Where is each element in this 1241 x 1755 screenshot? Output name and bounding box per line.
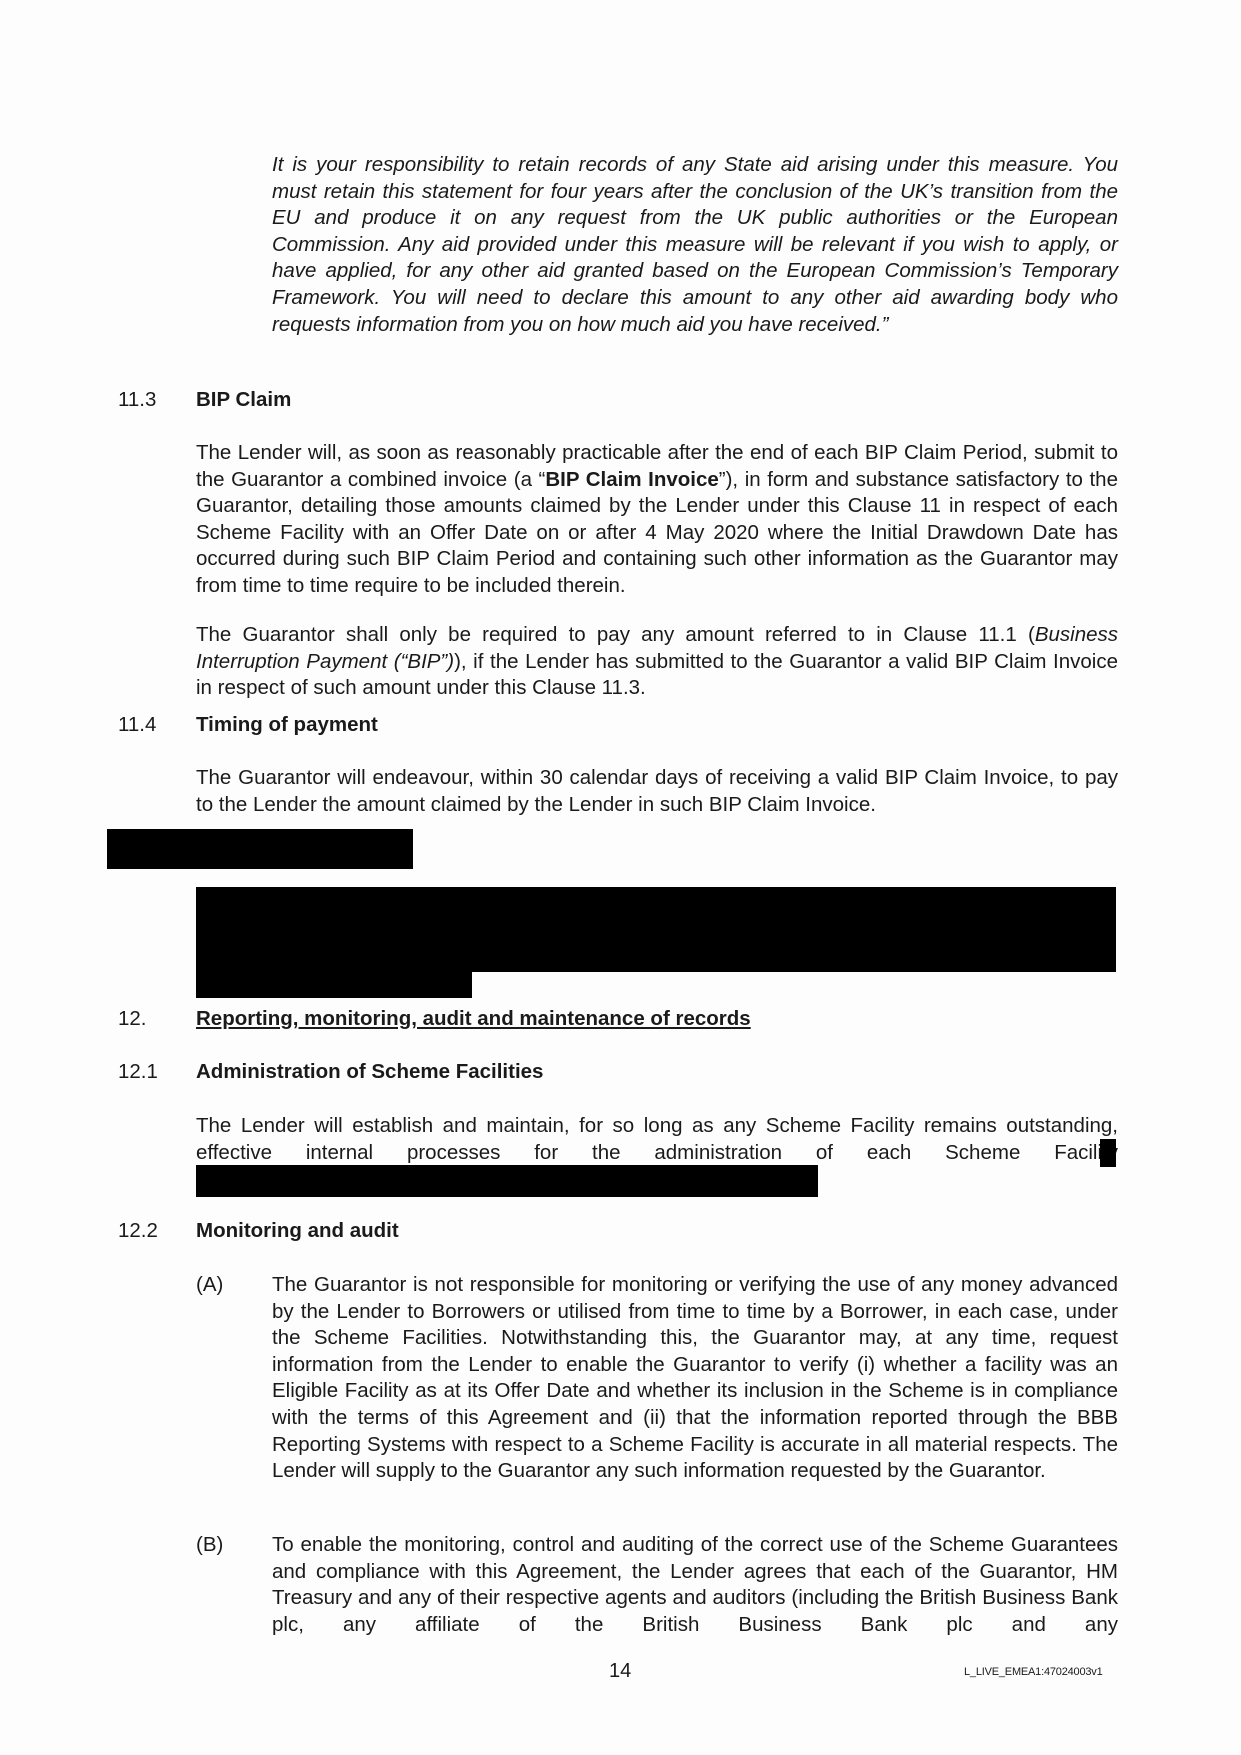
clause-12-1-paragraph: The Lender will establish and maintain, … [196,1113,1118,1166]
clause-11-3-heading: BIP Claim [196,387,291,413]
clause-11-4-heading: Timing of payment [196,712,378,738]
item-b-label: (B) [196,1532,223,1559]
item-a-label: (A) [196,1272,223,1299]
page-number: 14 [609,1660,631,1683]
defined-term: BIP Claim Invoice [545,468,718,491]
state-aid-quote: It is your responsibility to retain reco… [272,152,1118,338]
clause-11-3-paragraph-1: The Lender will, as soon as reasonably p… [196,440,1118,600]
clause-11-4-paragraph: The Guarantor will endeavour, within 30 … [196,765,1118,818]
clause-12-heading: Reporting, monitoring, audit and mainten… [196,1006,751,1032]
clause-12-number: 12. [118,1006,147,1032]
text-run: The Guarantor shall only be required to … [196,623,1035,646]
item-a-text: The Guarantor is not responsible for mon… [272,1272,1118,1485]
clause-11-4-number: 11.4 [118,712,156,738]
clause-12-2-number: 12.2 [118,1218,158,1244]
document-reference: L_LIVE_EMEA1:47024003v1 [964,1666,1103,1678]
clause-12-2-heading: Monitoring and audit [196,1218,399,1244]
redaction-block [196,960,472,998]
clause-12-1-number: 12.1 [118,1059,158,1085]
item-b-text: To enable the monitoring, control and au… [272,1532,1118,1638]
clause-11-3-number: 11.3 [118,387,156,413]
clause-11-3-paragraph-2: The Guarantor shall only be required to … [196,622,1118,702]
document-page: It is your responsibility to retain reco… [0,0,1241,1755]
redaction-block [107,829,413,869]
redaction-block [196,1165,818,1197]
clause-12-1-heading: Administration of Scheme Facilities [196,1059,543,1085]
redaction-block [1100,1139,1116,1167]
